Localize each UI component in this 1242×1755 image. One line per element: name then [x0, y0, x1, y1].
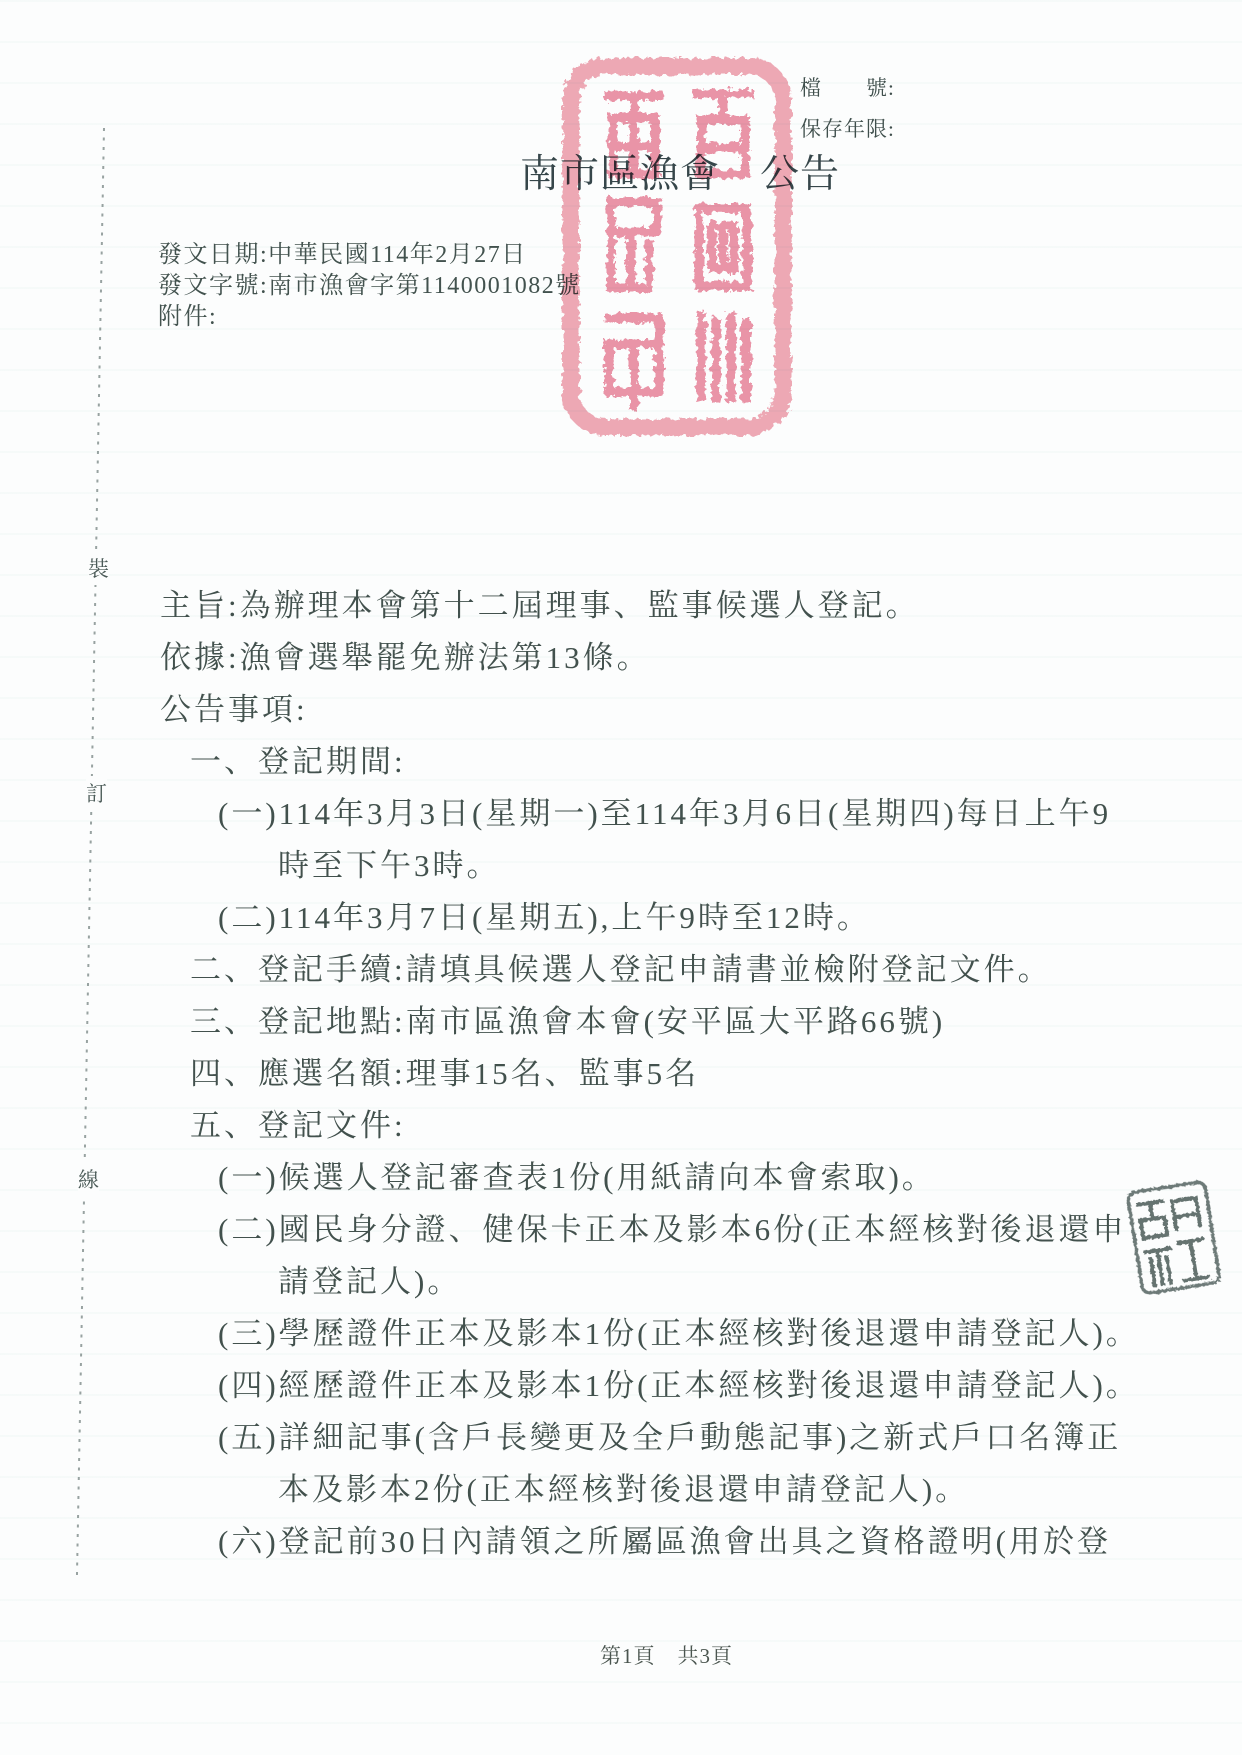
line-item-5-2: (二)國民身分證、健保卡正本及影本6份(正本經核對後退還申	[0, 1204, 1242, 1256]
line-item-5-3: (三)學歷證件正本及影本1份(正本經核對後退還申請登記人)。	[0, 1308, 1242, 1360]
page-number-indicator: 第1頁 共3頁	[600, 1640, 733, 1670]
official-red-seal-stamp-icon	[561, 56, 793, 437]
line-item-5-5: (五)詳細記事(含戶長變更及全戶動態記事)之新式戶口名簿正	[0, 1412, 1242, 1464]
issue-date-line: 發文日期:中華民國114年2月27日	[158, 234, 527, 269]
archive-number-label: 檔 號:	[800, 72, 895, 102]
line-basis: 依據:漁會選舉罷免辦法第13條。	[0, 632, 1242, 684]
retention-period-label: 保存年限:	[800, 113, 895, 143]
line-item-5-5-cont: 本及影本2份(正本經核對後退還申請登記人)。	[0, 1464, 1242, 1516]
line-item-5-6: (六)登記前30日內請領之所屬區漁會出具之資格證明(用於登	[0, 1516, 1242, 1568]
line-item-1-1: (一)114年3月3日(星期一)至114年3月6日(星期四)每日上午9	[0, 788, 1242, 840]
line-item-3: 三、登記地點:南市區漁會本會(安平區大平路66號)	[0, 996, 1242, 1048]
line-subject: 主旨:為辦理本會第十二屆理事、監事候選人登記。	[0, 580, 1242, 632]
line-item-5-4: (四)經歷證件正本及影本1份(正本經核對後退還申請登記人)。	[0, 1360, 1242, 1412]
attachment-line: 附件:	[158, 296, 217, 331]
line-item-5-1: (一)候選人登記審查表1份(用紙請向本會索取)。	[0, 1152, 1242, 1204]
line-item-1-2: (二)114年3月7日(星期五),上午9時至12時。	[0, 892, 1242, 944]
line-item-5: 五、登記文件:	[0, 1100, 1242, 1152]
line-item-1-1-cont: 時至下午3時。	[0, 840, 1242, 892]
announcement-body: 主旨:為辦理本會第十二屆理事、監事候選人登記。 依據:漁會選舉罷免辦法第13條。…	[0, 580, 1242, 1568]
small-gray-seal-stamp-icon	[1122, 1174, 1235, 1304]
line-item-1: 一、登記期間:	[0, 736, 1242, 788]
line-item-2: 二、登記手續:請填具候選人登記申請書並檢附登記文件。	[0, 944, 1242, 996]
line-items-heading: 公告事項:	[0, 684, 1242, 736]
line-item-5-2-cont: 請登記人)。	[0, 1256, 1242, 1308]
document-number-line: 發文字號:南市漁會字第1140001082號	[158, 265, 581, 300]
line-item-4: 四、應選名額:理事15名、監事5名	[0, 1048, 1242, 1100]
